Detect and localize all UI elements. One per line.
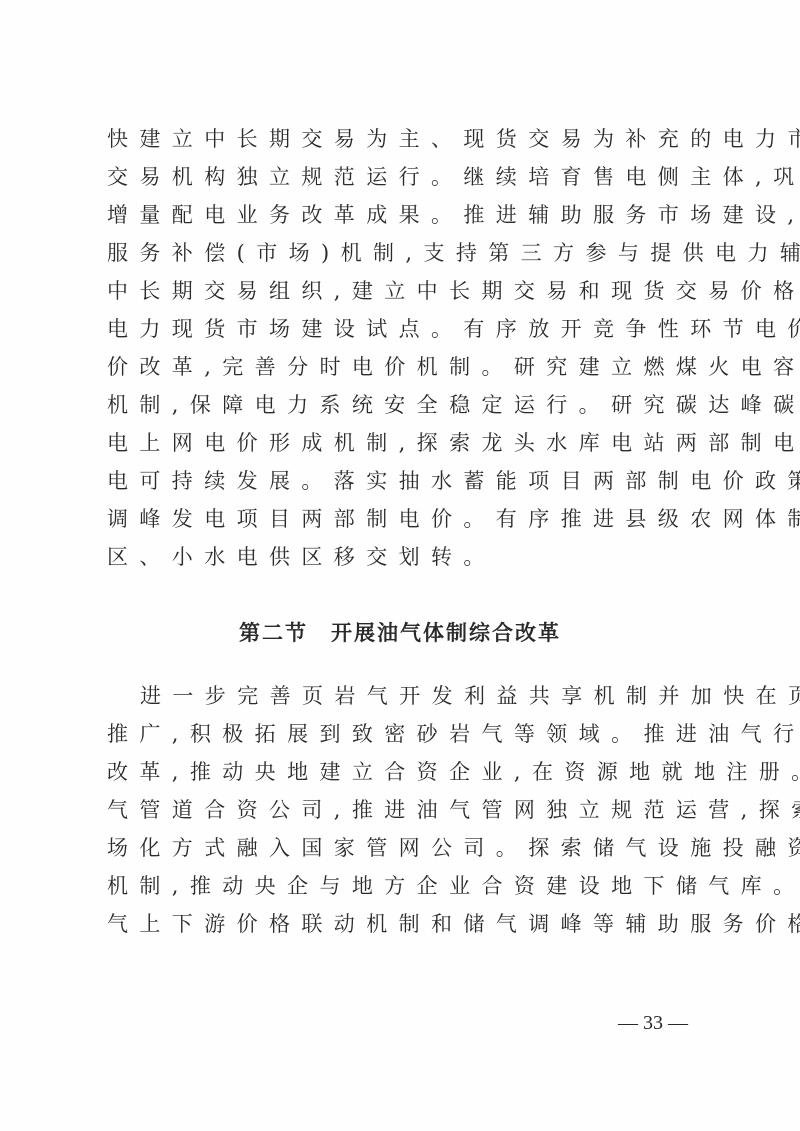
text-line: 改革,推动央地建立合资企业,在资源地就地注册。组建省级天然	[107, 756, 697, 788]
text-line: 场化方式融入国家管网公司。探索储气设施投融资和运营模式新	[107, 832, 697, 864]
text-line: 进一步完善页岩气开发利益共享机制并加快在页岩气主产区	[140, 680, 697, 712]
text-line: 气管道合资公司,推进油气管网独立规范运营,探索省级管网以市	[107, 794, 697, 826]
document-page: 快建立中长期交易为主、现货交易为补充的电力市场格局。推动 交易机构独立规范运行。…	[0, 0, 800, 1131]
text-line: 价改革,完善分时电价机制。研究建立燃煤火电容量市场化补偿	[107, 351, 697, 383]
text-line: 机制,保障电力系统安全稳定运行。研究碳达峰碳中和目标下水	[107, 389, 697, 421]
text-line: 推广,积极拓展到致密砂岩气等领域。推进油气行业混合所有制	[107, 718, 697, 750]
text-line: 服务补偿(市场)机制,支持第三方参与提供电力辅助服务。优化	[107, 237, 697, 269]
text-line: 区、小水电供区移交划转。	[107, 541, 697, 573]
text-line: 电力现货市场建设试点。有序放开竞争性环节电价,深化输配电	[107, 313, 697, 345]
text-line: 中长期交易组织,建立中长期交易和现货交易价格衔接机制,抓好	[107, 275, 697, 307]
text-line: 机制,推动央企与地方企业合资建设地下储气库。建立健全天然	[107, 870, 697, 902]
text-line: 气上下游价格联动机制和储气调峰等辅助服务价格机制。	[107, 908, 697, 940]
text-line: 电可持续发展。落实抽水蓄能项目两部制电价政策,研究天然气	[107, 465, 697, 497]
text-line: 交易机构独立规范运行。继续培育售电侧主体,巩固并扩大全省	[107, 161, 697, 193]
section-heading: 第二节 开展油气体制综合改革	[0, 617, 800, 649]
page-number: — 33 —	[608, 1008, 698, 1038]
text-line: 调峰发电项目两部制电价。有序推进县级农网体制改革和独立供	[107, 503, 697, 535]
text-line: 电上网电价形成机制,探索龙头水库电站两部制电价机制,保障水	[107, 427, 697, 459]
text-line: 快建立中长期交易为主、现货交易为补充的电力市场格局。推动	[107, 123, 697, 155]
text-line: 增量配电业务改革成果。推进辅助服务市场建设,完善电力辅助	[107, 199, 697, 231]
